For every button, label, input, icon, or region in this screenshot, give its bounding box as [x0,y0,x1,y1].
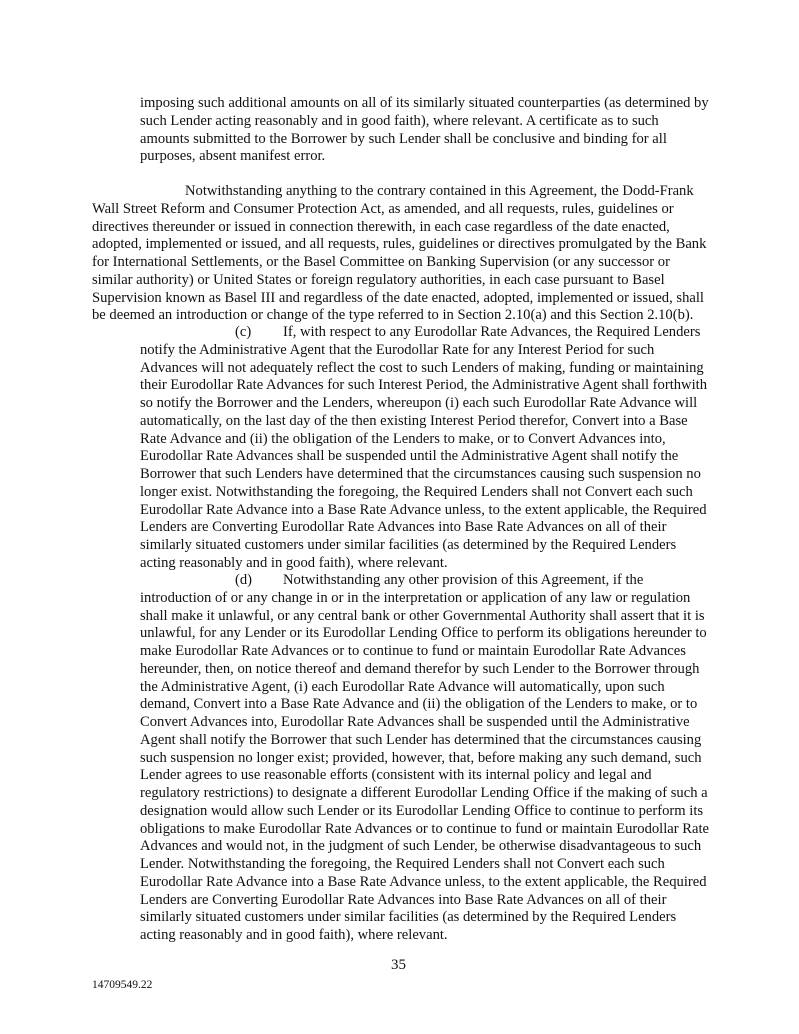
text-line: similarly situated customers under simil… [140,537,707,555]
text-line: be deemed an introduction or change of t… [92,307,706,325]
text-line: such Lender acting reasonably and in goo… [140,113,709,131]
text-fragment: Notwithstanding any other provision of t… [283,572,643,588]
text-line: adopted, implemented or issued, and all … [92,236,706,254]
text-line: purposes, absent manifest error. [140,148,709,166]
text-line: Advances will not adequately reflect the… [140,360,707,378]
text-line: the Administrative Agent, (i) each Eurod… [140,679,709,697]
text-line: Agent shall notify the Borrower that suc… [140,732,709,750]
paragraph-section-c: (c)If, with respect to any Eurodollar Ra… [140,324,707,573]
text-line: so notify the Borrower and the Lenders, … [140,395,707,413]
text-line: acting reasonably and in good faith), wh… [140,927,709,945]
text-line: automatically, on the last day of the th… [140,413,707,431]
text-line: Lenders are Converting Eurodollar Rate A… [140,519,707,537]
text-line: Lenders are Converting Eurodollar Rate A… [140,892,709,910]
paragraph-section-d: (d)Notwithstanding any other provision o… [140,572,709,945]
text-line: Lender. Notwithstanding the foregoing, t… [140,856,709,874]
text-line: (c)If, with respect to any Eurodollar Ra… [140,324,707,342]
text-line: Eurodollar Rate Advance into a Base Rate… [140,874,709,892]
section-label: (c) [140,324,283,342]
text-line: Borrower that such Lenders have determin… [140,466,707,484]
text-line: Notwithstanding anything to the contrary… [92,183,706,201]
text-line: Wall Street Reform and Consumer Protecti… [92,201,706,219]
text-line: directives thereunder or issued in conne… [92,219,706,237]
text-line: Eurodollar Rate Advance into a Base Rate… [140,502,707,520]
text-line: similarly situated customers under simil… [140,909,709,927]
text-line: (d)Notwithstanding any other provision o… [140,572,709,590]
text-line: their Eurodollar Rate Advances for such … [140,377,707,395]
paragraph-continuation: imposing such additional amounts on all … [140,95,709,166]
text-line: demand, Convert into a Base Rate Advance… [140,696,709,714]
text-line: make Eurodollar Rate Advances or to cont… [140,643,709,661]
text-line: acting reasonably and in good faith), wh… [140,555,707,573]
paragraph-dodd-frank: Notwithstanding anything to the contrary… [92,183,706,325]
text-line: for International Settlements, or the Ba… [92,254,706,272]
text-line: Rate Advance and (ii) the obligation of … [140,431,707,449]
text-line: Lender agrees to use reasonable efforts … [140,767,709,785]
text-line: such suspension no longer exist; provide… [140,750,709,768]
text-line: amounts submitted to the Borrower by suc… [140,131,709,149]
document-page: imposing such additional amounts on all … [0,0,799,1034]
text-line: designation would allow such Lender or i… [140,803,709,821]
text-line: Convert Advances into, Eurodollar Rate A… [140,714,709,732]
text-line: longer exist. Notwithstanding the forego… [140,484,707,502]
text-fragment: If, with respect to any Eurodollar Rate … [283,324,700,340]
text-line: similar authority) or United States or f… [92,272,706,290]
text-line: shall make it unlawful, or any central b… [140,608,709,626]
document-id: 14709549.22 [92,977,152,995]
text-line: notify the Administrative Agent that the… [140,342,707,360]
text-line: hereunder, then, on notice thereof and d… [140,661,709,679]
text-line: unlawful, for any Lender or its Eurodoll… [140,625,709,643]
text-line: introduction of or any change in or in t… [140,590,709,608]
section-label: (d) [140,572,283,590]
page-number: 35 [391,957,406,975]
text-line: Advances and would not, in the judgment … [140,838,709,856]
text-line: imposing such additional amounts on all … [140,95,709,113]
text-line: Eurodollar Rate Advances shall be suspen… [140,448,707,466]
text-line: obligations to make Eurodollar Rate Adva… [140,821,709,839]
text-line: regulatory restrictions) to designate a … [140,785,709,803]
text-line: Supervision known as Basel III and regar… [92,290,706,308]
